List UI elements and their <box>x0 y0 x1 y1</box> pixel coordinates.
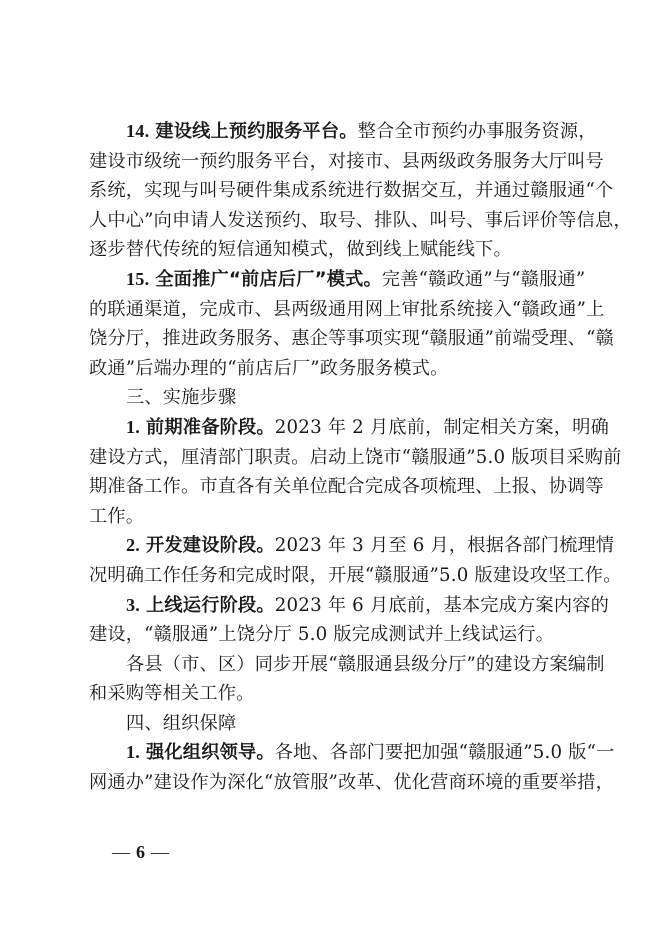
item-title: 全面推广“前店后厂”模式。 <box>155 269 382 290</box>
footer-dash: — <box>151 842 169 862</box>
paragraph-line: 期准备工作。市直各有关单位配合完成各项梳理、上报、协调等 <box>89 472 575 502</box>
section-heading: 四、组织保障 <box>89 709 575 739</box>
paragraph-line: 建设，“赣服通”上饶分厅 5.0 版完成测试并上线试运行。 <box>89 620 575 650</box>
paragraph-line: 况明确工作任务和完成时限，开展“赣服通”5.0 版建设攻坚工作。 <box>89 561 575 591</box>
paragraph-line: 1. 强化组织领导。各地、各部门要把加强“赣服通”5.0 版“一 <box>89 738 575 768</box>
item-text: 整合全市预约办事服务资源， <box>358 121 597 142</box>
paragraph-line: 和采购等相关工作。 <box>89 679 575 709</box>
item-number: 1. <box>126 742 140 762</box>
step-title: 开发建设阶段。 <box>146 535 275 556</box>
paragraph-line: 2. 开发建设阶段。2023 年 3 月至 6 月，根据各部门梳理情 <box>89 531 575 561</box>
paragraph-line: 网通办”建设作为深化“放管服”改革、优化营商环境的重要举措， <box>89 768 575 798</box>
document-page: 14. 建设线上预约服务平台。整合全市预约办事服务资源， 建设市级统一预约服务平… <box>89 117 575 798</box>
item-number: 15. <box>126 269 149 289</box>
paragraph-line: 15. 全面推广“前店后厂”模式。完善“赣政通”与“赣服通” <box>89 265 575 295</box>
footer-dash: — <box>112 842 130 862</box>
paragraph-line: 各县（市、区）同步开展“赣服通县级分厅”的建设方案编制 <box>89 650 575 680</box>
step-number: 1. <box>126 417 140 437</box>
item-number: 14. <box>126 121 149 141</box>
paragraph-line: 的联通渠道，完成市、县两级通用网上审批系统接入“赣政通”上 <box>89 295 575 325</box>
step-title: 前期准备阶段。 <box>146 417 275 438</box>
page-footer: —6— <box>112 842 169 863</box>
paragraph-line: 建设市级统一预约服务平台，对接市、县两级政务服务大厅叫号 <box>89 147 575 177</box>
paragraph-line: 3. 上线运行阶段。2023 年 6 月底前，基本完成方案内容的 <box>89 591 575 621</box>
paragraph-line: 人中心”向申请人发送预约、取号、排队、叫号、事后评价等信息， <box>89 206 575 236</box>
paragraph-line: 建设方式，厘清部门职责。启动上饶市“赣服通”5.0 版项目采购前 <box>89 443 575 473</box>
paragraph-line: 逐步替代传统的短信通知模式，做到线上赋能线下。 <box>89 235 575 265</box>
step-text: 2023 年 2 月底前，制定相关方案，明确 <box>275 417 609 438</box>
step-title: 上线运行阶段。 <box>146 595 275 616</box>
paragraph-line: 1. 前期准备阶段。2023 年 2 月底前，制定相关方案，明确 <box>89 413 575 443</box>
paragraph-line: 工作。 <box>89 502 575 532</box>
paragraph-line: 系统，实现与叫号硬件集成系统进行数据交互，并通过赣服通“个 <box>89 176 575 206</box>
page-number: 6 <box>136 842 145 862</box>
step-text: 2023 年 3 月至 6 月，根据各部门梳理情 <box>275 535 615 556</box>
item-text: 各地、各部门要把加强“赣服通”5.0 版“一 <box>275 742 615 763</box>
step-number: 2. <box>126 535 140 555</box>
paragraph-line: 饶分厅，推进政务服务、惠企等事项实现“赣服通”前端受理、“赣 <box>89 324 575 354</box>
paragraph-line: 14. 建设线上预约服务平台。整合全市预约办事服务资源， <box>89 117 575 147</box>
step-number: 3. <box>126 595 140 615</box>
item-title: 强化组织领导。 <box>146 742 275 763</box>
section-heading: 三、实施步骤 <box>89 383 575 413</box>
step-text: 2023 年 6 月底前，基本完成方案内容的 <box>275 595 609 616</box>
paragraph-line: 政通”后端办理的“前店后厂”政务服务模式。 <box>89 354 575 384</box>
item-title: 建设线上预约服务平台。 <box>155 121 357 142</box>
item-text: 完善“赣政通”与“赣服通” <box>382 269 585 290</box>
